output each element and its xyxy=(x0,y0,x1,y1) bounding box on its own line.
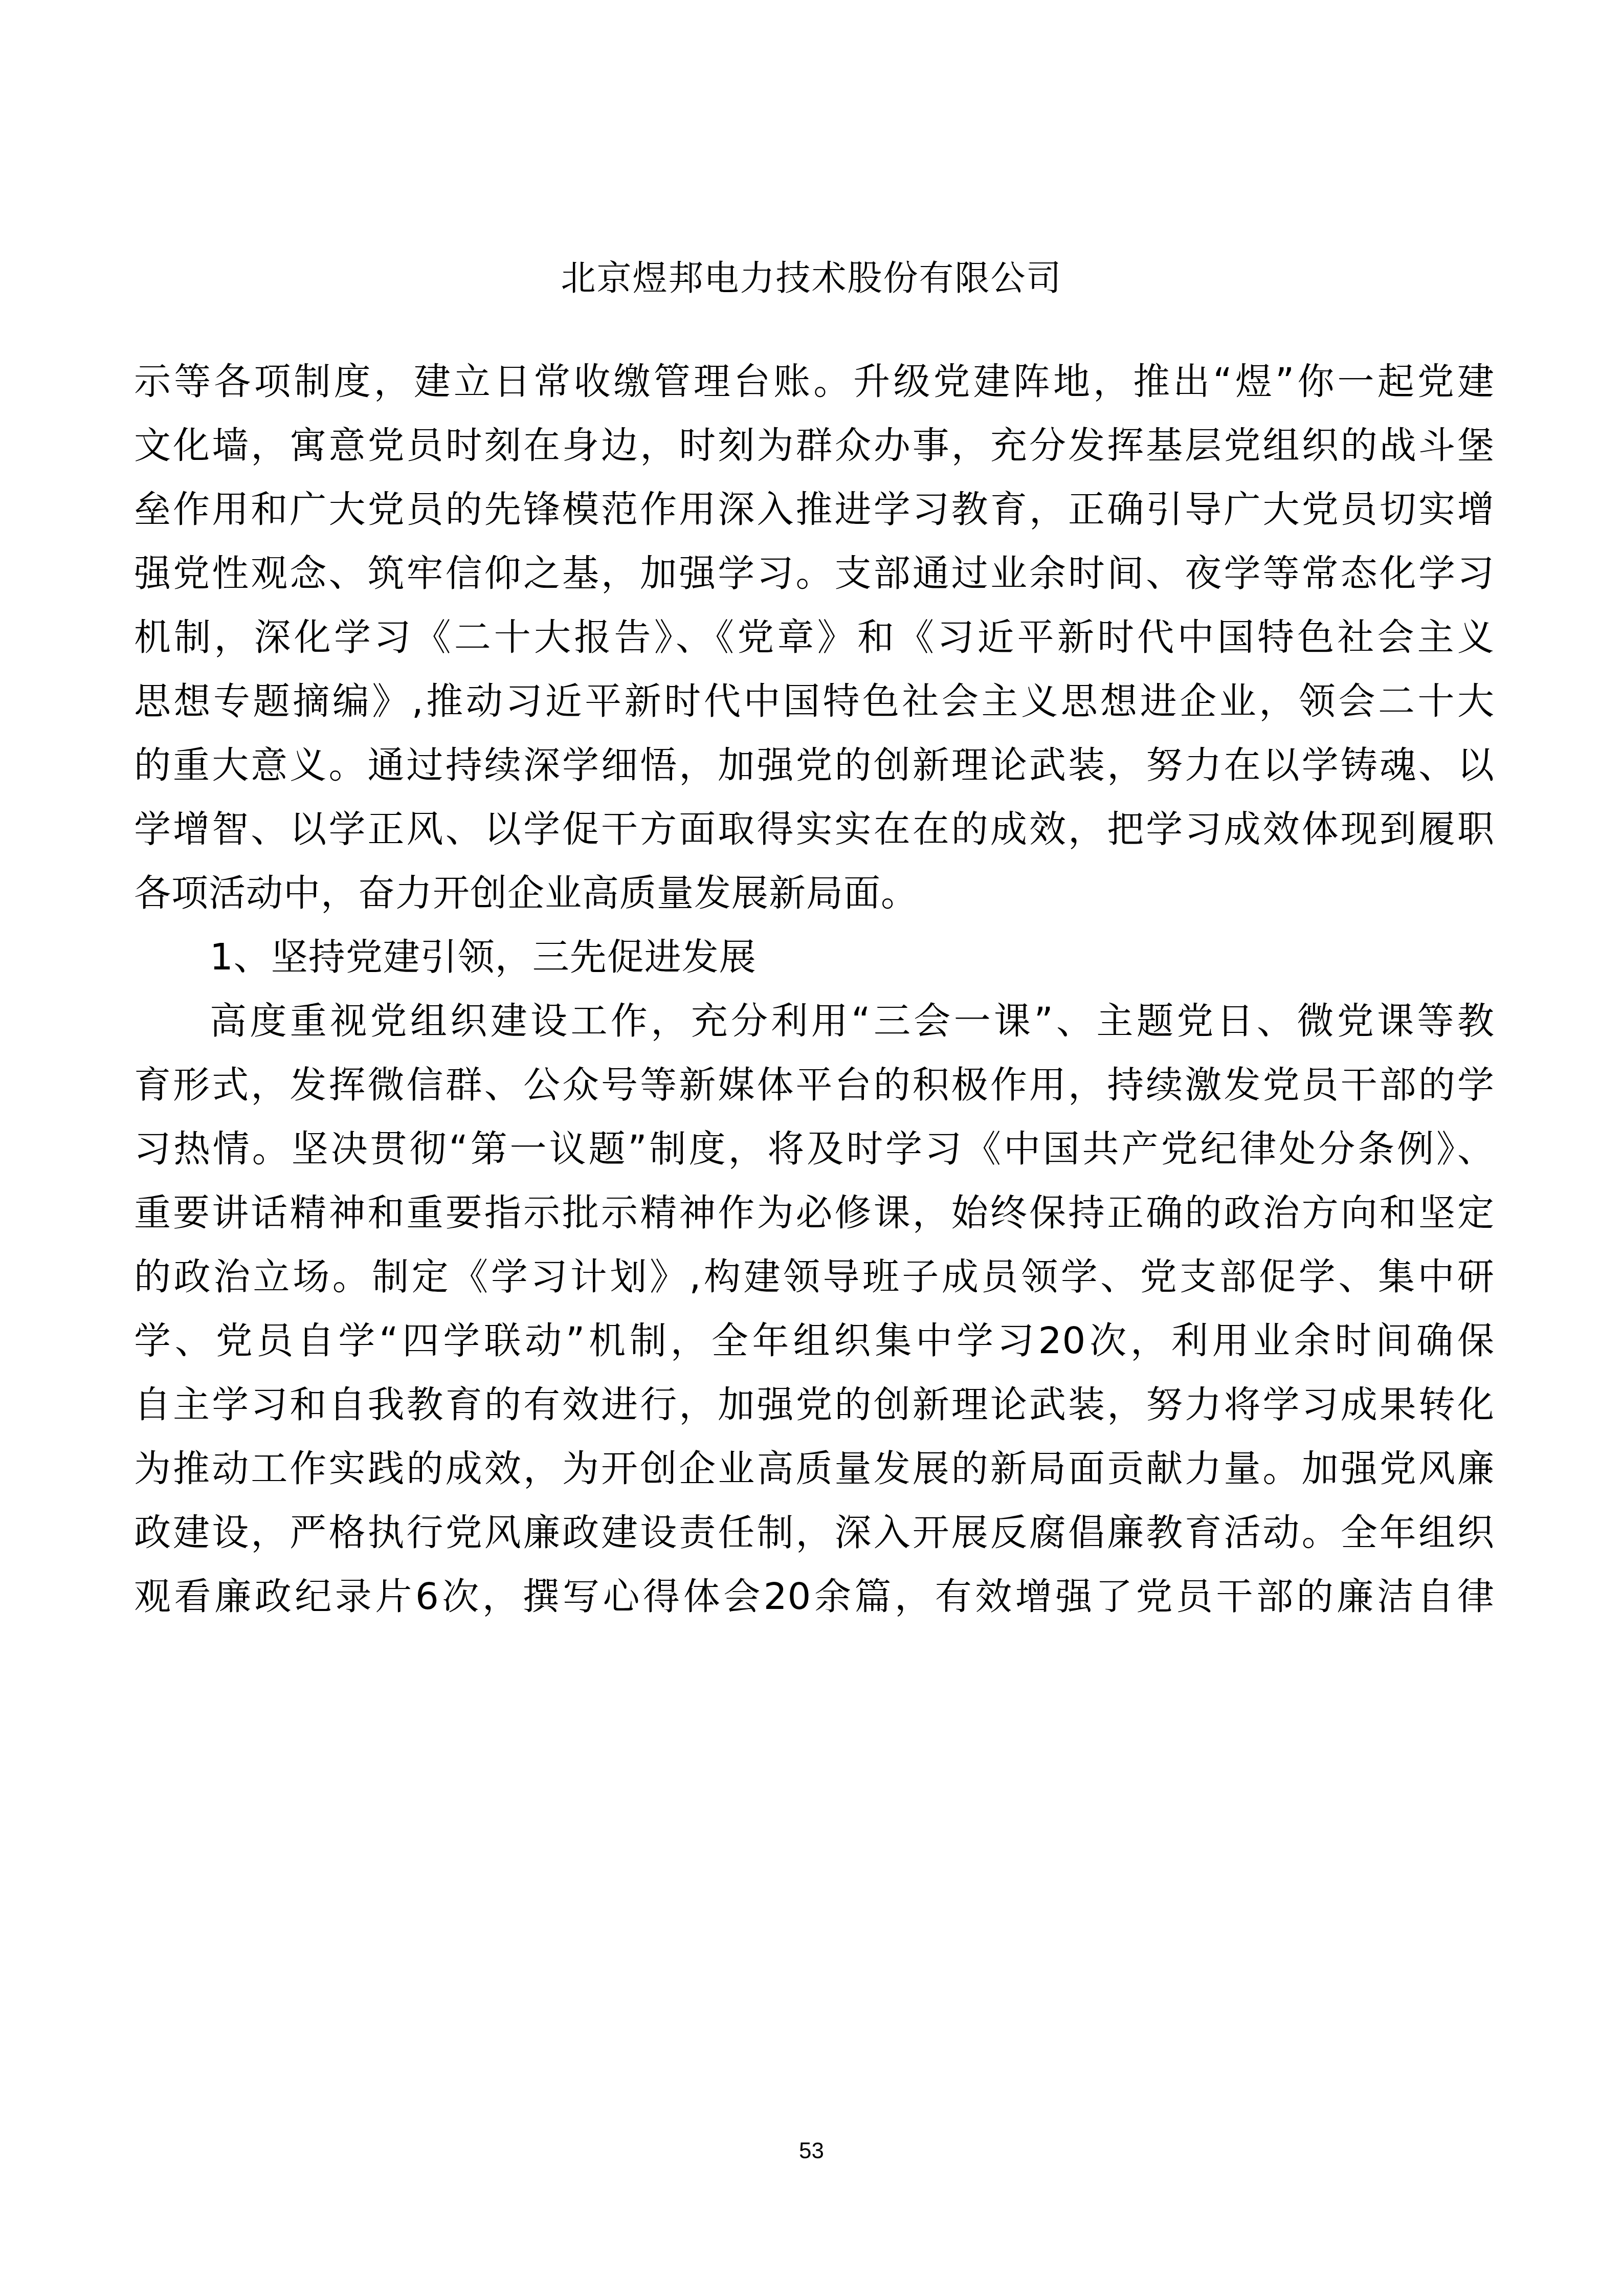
paragraph-line: 学增智、以学正风、以学促干方面取得实实在在的成效，把学习成效体现到履职 xyxy=(134,806,1495,852)
paragraph-line: 观看廉政纪录片6次，撰写心得体会20余篇，有效增强了党员干部的廉洁自律 xyxy=(134,1573,1495,1619)
paragraph-line: 政建设，严格执行党风廉政建设责任制，深入开展反腐倡廉教育活动。全年组织 xyxy=(134,1509,1495,1555)
paragraph-line: 的重大意义。通过持续深学细悟，加强党的创新理论武装，努力在以学铸魂、以 xyxy=(134,742,1495,788)
document-page: 北京煜邦电力技术股份有限公司 示等各项制度，建立日常收缴管理台账。升级党建阵地，… xyxy=(0,0,1623,2296)
page-number: 53 xyxy=(0,2138,1623,2164)
paragraph-line: 为推动工作实践的成效，为开创企业高质量发展的新局面贡献力量。加强党风廉 xyxy=(134,1445,1495,1491)
paragraph-line: 习热情。坚决贯彻“第一议题”制度，将及时学习《中国共产党纪律处分条例》、 xyxy=(134,1125,1495,1172)
paragraph-line: 垒作用和广大党员的先锋模范作用深入推进学习教育，正确引导广大党员切实增 xyxy=(134,486,1495,532)
paragraph-line: 示等各项制度，建立日常收缴管理台账。升级党建阵地，推出“煜”你一起党建 xyxy=(134,358,1495,404)
paragraph-line: 机制，深化学习《二十大报告》、《党章》和《习近平新时代中国特色社会主义 xyxy=(134,614,1495,660)
paragraph-line: 自主学习和自我教育的有效进行，加强党的创新理论武装，努力将学习成果转化 xyxy=(134,1381,1495,1427)
paragraph-line: 各项活动中，奋力开创企业高质量发展新局面。 xyxy=(134,870,1495,916)
paragraph-line: 育形式，发挥微信群、公众号等新媒体平台的积极作用，持续激发党员干部的学 xyxy=(134,1062,1495,1108)
paragraph-line: 学、党员自学“四学联动”机制，全年组织集中学习20次，利用业余时间确保 xyxy=(134,1317,1495,1363)
page-header-company-name: 北京煜邦电力技术股份有限公司 xyxy=(0,251,1623,300)
section-heading: 1、坚持党建引领，三先促进发展 xyxy=(210,934,757,980)
paragraph-line: 高度重视党组织建设工作，充分利用“三会一课”、主题党日、微党课等教 xyxy=(210,998,1495,1044)
paragraph-line: 的政治立场。制定《学习计划》,构建领导班子成员领学、党支部促学、集中研 xyxy=(134,1253,1495,1299)
paragraph-line: 重要讲话精神和重要指示批示精神作为必修课，始终保持正确的政治方向和坚定 xyxy=(134,1189,1495,1235)
paragraph-line: 文化墙，寓意党员时刻在身边，时刻为群众办事，充分发挥基层党组织的战斗堡 xyxy=(134,422,1495,468)
paragraph-line: 强党性观念、筑牢信仰之基，加强学习。支部通过业余时间、夜学等常态化学习 xyxy=(134,550,1495,596)
paragraph-line: 思想专题摘编》,推动习近平新时代中国特色社会主义思想进企业，领会二十大 xyxy=(134,678,1495,724)
